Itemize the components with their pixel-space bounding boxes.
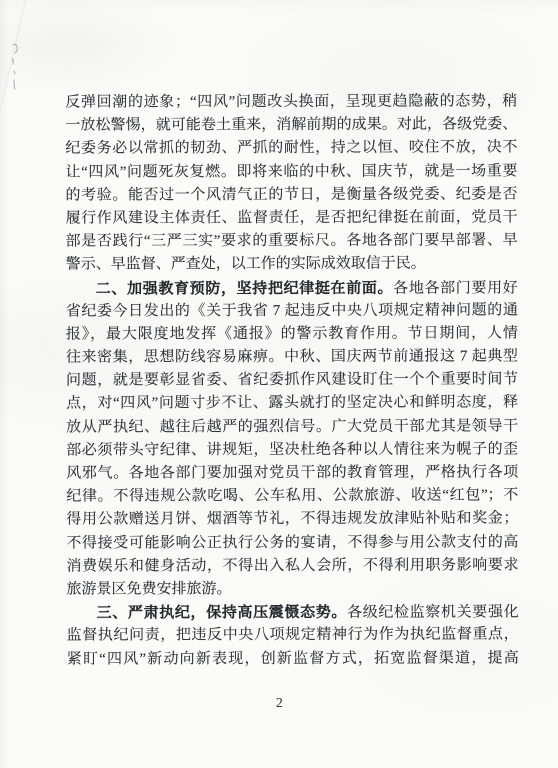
text-segment: 往来密集，思想防线容易麻痹。中秋、国庆两节前通报这 7 起典型 (66, 348, 518, 365)
text-line: 得用公款赠送月饼、烟酒等节礼，不得违规发放津贴补贴和奖金； (66, 508, 518, 532)
text-segment: 反弹回潮的迹象；“四风”问题改头换面，呈现更趋隐蔽的态势，稍 (65, 93, 517, 110)
text-line: 监督执纪问责，把违反中央八项规定精神行为作为执纪监督重点， (67, 624, 519, 648)
text-line: 报》，最大限度地发挥《通报》的警示教育作用。节日期间，人情 (66, 322, 518, 346)
text-segment: 省纪委今日发出的《关于我省 7 起违反中央八项规定精神问题的通 (66, 302, 518, 319)
text-line: 履行作风建设主体责任、监督责任，是否把纪律挺在前面，党员干 (66, 206, 518, 230)
page-number: 2 (276, 695, 283, 711)
scanned-document-page: 反弹回潮的迹象；“四风”问题改头换面，呈现更趋隐蔽的态势，稍一放松警惕，就可能卷… (0, 0, 558, 768)
text-segment: 纪律。不得违规公款吃喝、公车私用、公款旅游、收送“红包”；不 (66, 488, 518, 505)
text-line: 消费娱乐和健身活动，不得出入私人会所，不得利用职务影响要求 (66, 554, 518, 578)
text-segment: 风邪气。各地各部门要加强对党员干部的教育管理，严格执行各项 (66, 464, 518, 481)
text-segment: 纪委务必以常抓的韧劲、严抓的耐性，持之以恒、咬住不放，决不 (65, 140, 517, 157)
text-segment: 消费娱乐和健身活动，不得出入私人会所，不得利用职务影响要求 (66, 557, 518, 574)
text-line: 反弹回潮的迹象；“四风”问题改头换面，呈现更趋隐蔽的态势，稍 (65, 90, 517, 114)
text-line: 省纪委今日发出的《关于我省 7 起违反中央八项规定精神问题的通 (66, 299, 518, 323)
text-segment: 让“四风”问题死灰复燃。即将来临的中秋、国庆节，就是一场重要 (65, 163, 517, 180)
text-segment: 得用公款赠送月饼、烟酒等节礼，不得违规发放津贴补贴和奖金； (66, 511, 518, 528)
text-line: 风邪气。各地各部门要加强对党员干部的教育管理，严格执行各项 (66, 461, 518, 485)
fold-crease (0, 0, 28, 287)
text-line: 让“四风”问题死灰复燃。即将来临的中秋、国庆节，就是一场重要 (65, 160, 517, 184)
text-line: 二、加强教育预防，坚持把纪律挺在前面。各地各部门要用好 (66, 276, 518, 300)
text-segment: 紧盯“四风”新动向新表现，创新监督方式，拓宽监督渠道，提高 (67, 650, 519, 667)
text-line: 旅游景区免费安排旅游。 (67, 577, 519, 601)
text-segment: 各级纪检监察机关要强化 (347, 605, 519, 621)
text-segment: 问题，就是要彰显省委、省纪委抓作风建设盯住一个个重要时间节 (66, 372, 518, 389)
text-line: 部必须带头守纪律、讲规矩，坚决杜绝各种以人情往来为幌子的歪 (66, 438, 518, 462)
text-segment: 监督执纪问责，把违反中央八项规定精神行为作为执纪监督重点， (67, 627, 519, 644)
text-segment: 履行作风建设主体责任、监督责任，是否把纪律挺在前面，党员干 (66, 209, 518, 226)
pen-marks (0, 0, 60, 120)
text-line: 点，对“四风”问题寸步不让、露头就打的坚定决心和鲜明态度，释 (66, 392, 518, 416)
text-line: 不得接受可能影响公正执行公务的宴请，不得参与用公款支付的高 (66, 531, 518, 555)
text-line: 一放松警惕，就可能卷土重来，消解前期的成果。对此，各级党委、 (65, 114, 517, 138)
section-heading: 三、严肃执纪，保持高压震慑态势。 (97, 604, 347, 622)
text-line: 三、严肃执纪，保持高压震慑态势。各级纪检监察机关要强化 (67, 601, 519, 625)
text-segment: 各地各部门要用好 (393, 280, 518, 296)
text-segment: 报》，最大限度地发挥《通报》的警示教育作用。节日期间，人情 (66, 325, 518, 342)
document-text: 反弹回潮的迹象；“四风”问题改头换面，呈现更趋隐蔽的态势，稍一放松警惕，就可能卷… (65, 90, 519, 671)
text-line: 纪律。不得违规公款吃喝、公车私用、公款旅游、收送“红包”；不 (66, 485, 518, 509)
text-segment: 旅游景区免费安排旅游。 (67, 581, 232, 597)
text-segment: 一放松警惕，就可能卷土重来，消解前期的成果。对此，各级党委、 (65, 117, 517, 134)
text-segment: 的考验。能否过一个风清气正的节日，是衡量各级党委、纪委是否 (65, 186, 517, 203)
text-segment: 放从严执纪、越往后越严的强烈信号。广大党员干部尤其是领导干 (66, 418, 518, 435)
text-line: 警示、早监督、严查处，以工作的实际成效取信于民。 (66, 253, 518, 277)
text-line: 往来密集，思想防线容易麻痹。中秋、国庆两节前通报这 7 起典型 (66, 345, 518, 369)
text-line: 放从严执纪、越往后越严的强烈信号。广大党员干部尤其是领导干 (66, 415, 518, 439)
text-segment: 不得接受可能影响公正执行公务的宴请，不得参与用公款支付的高 (66, 534, 518, 551)
text-line: 部是否践行“三严三实”要求的重要标尺。各地各部门要早部署、早 (66, 230, 518, 254)
text-line: 纪委务必以常抓的韧劲、严抓的耐性，持之以恒、咬住不放，决不 (65, 137, 517, 161)
text-segment: 点，对“四风”问题寸步不让、露头就打的坚定决心和鲜明态度，释 (66, 395, 518, 412)
section-heading: 二、加强教育预防，坚持把纪律挺在前面。 (96, 279, 393, 297)
text-segment: 部必须带头守纪律、讲规矩，坚决杜绝各种以人情往来为幌子的歪 (66, 441, 518, 458)
text-segment: 警示、早监督、严查处，以工作的实际成效取信于民。 (66, 256, 426, 273)
text-line: 紧盯“四风”新动向新表现，创新监督方式，拓宽监督渠道，提高 (67, 647, 519, 671)
text-line: 的考验。能否过一个风清气正的节日，是衡量各级党委、纪委是否 (65, 183, 517, 207)
text-line: 问题，就是要彰显省委、省纪委抓作风建设盯住一个个重要时间节 (66, 369, 518, 393)
text-segment: 部是否践行“三严三实”要求的重要标尺。各地各部门要早部署、早 (66, 233, 518, 250)
